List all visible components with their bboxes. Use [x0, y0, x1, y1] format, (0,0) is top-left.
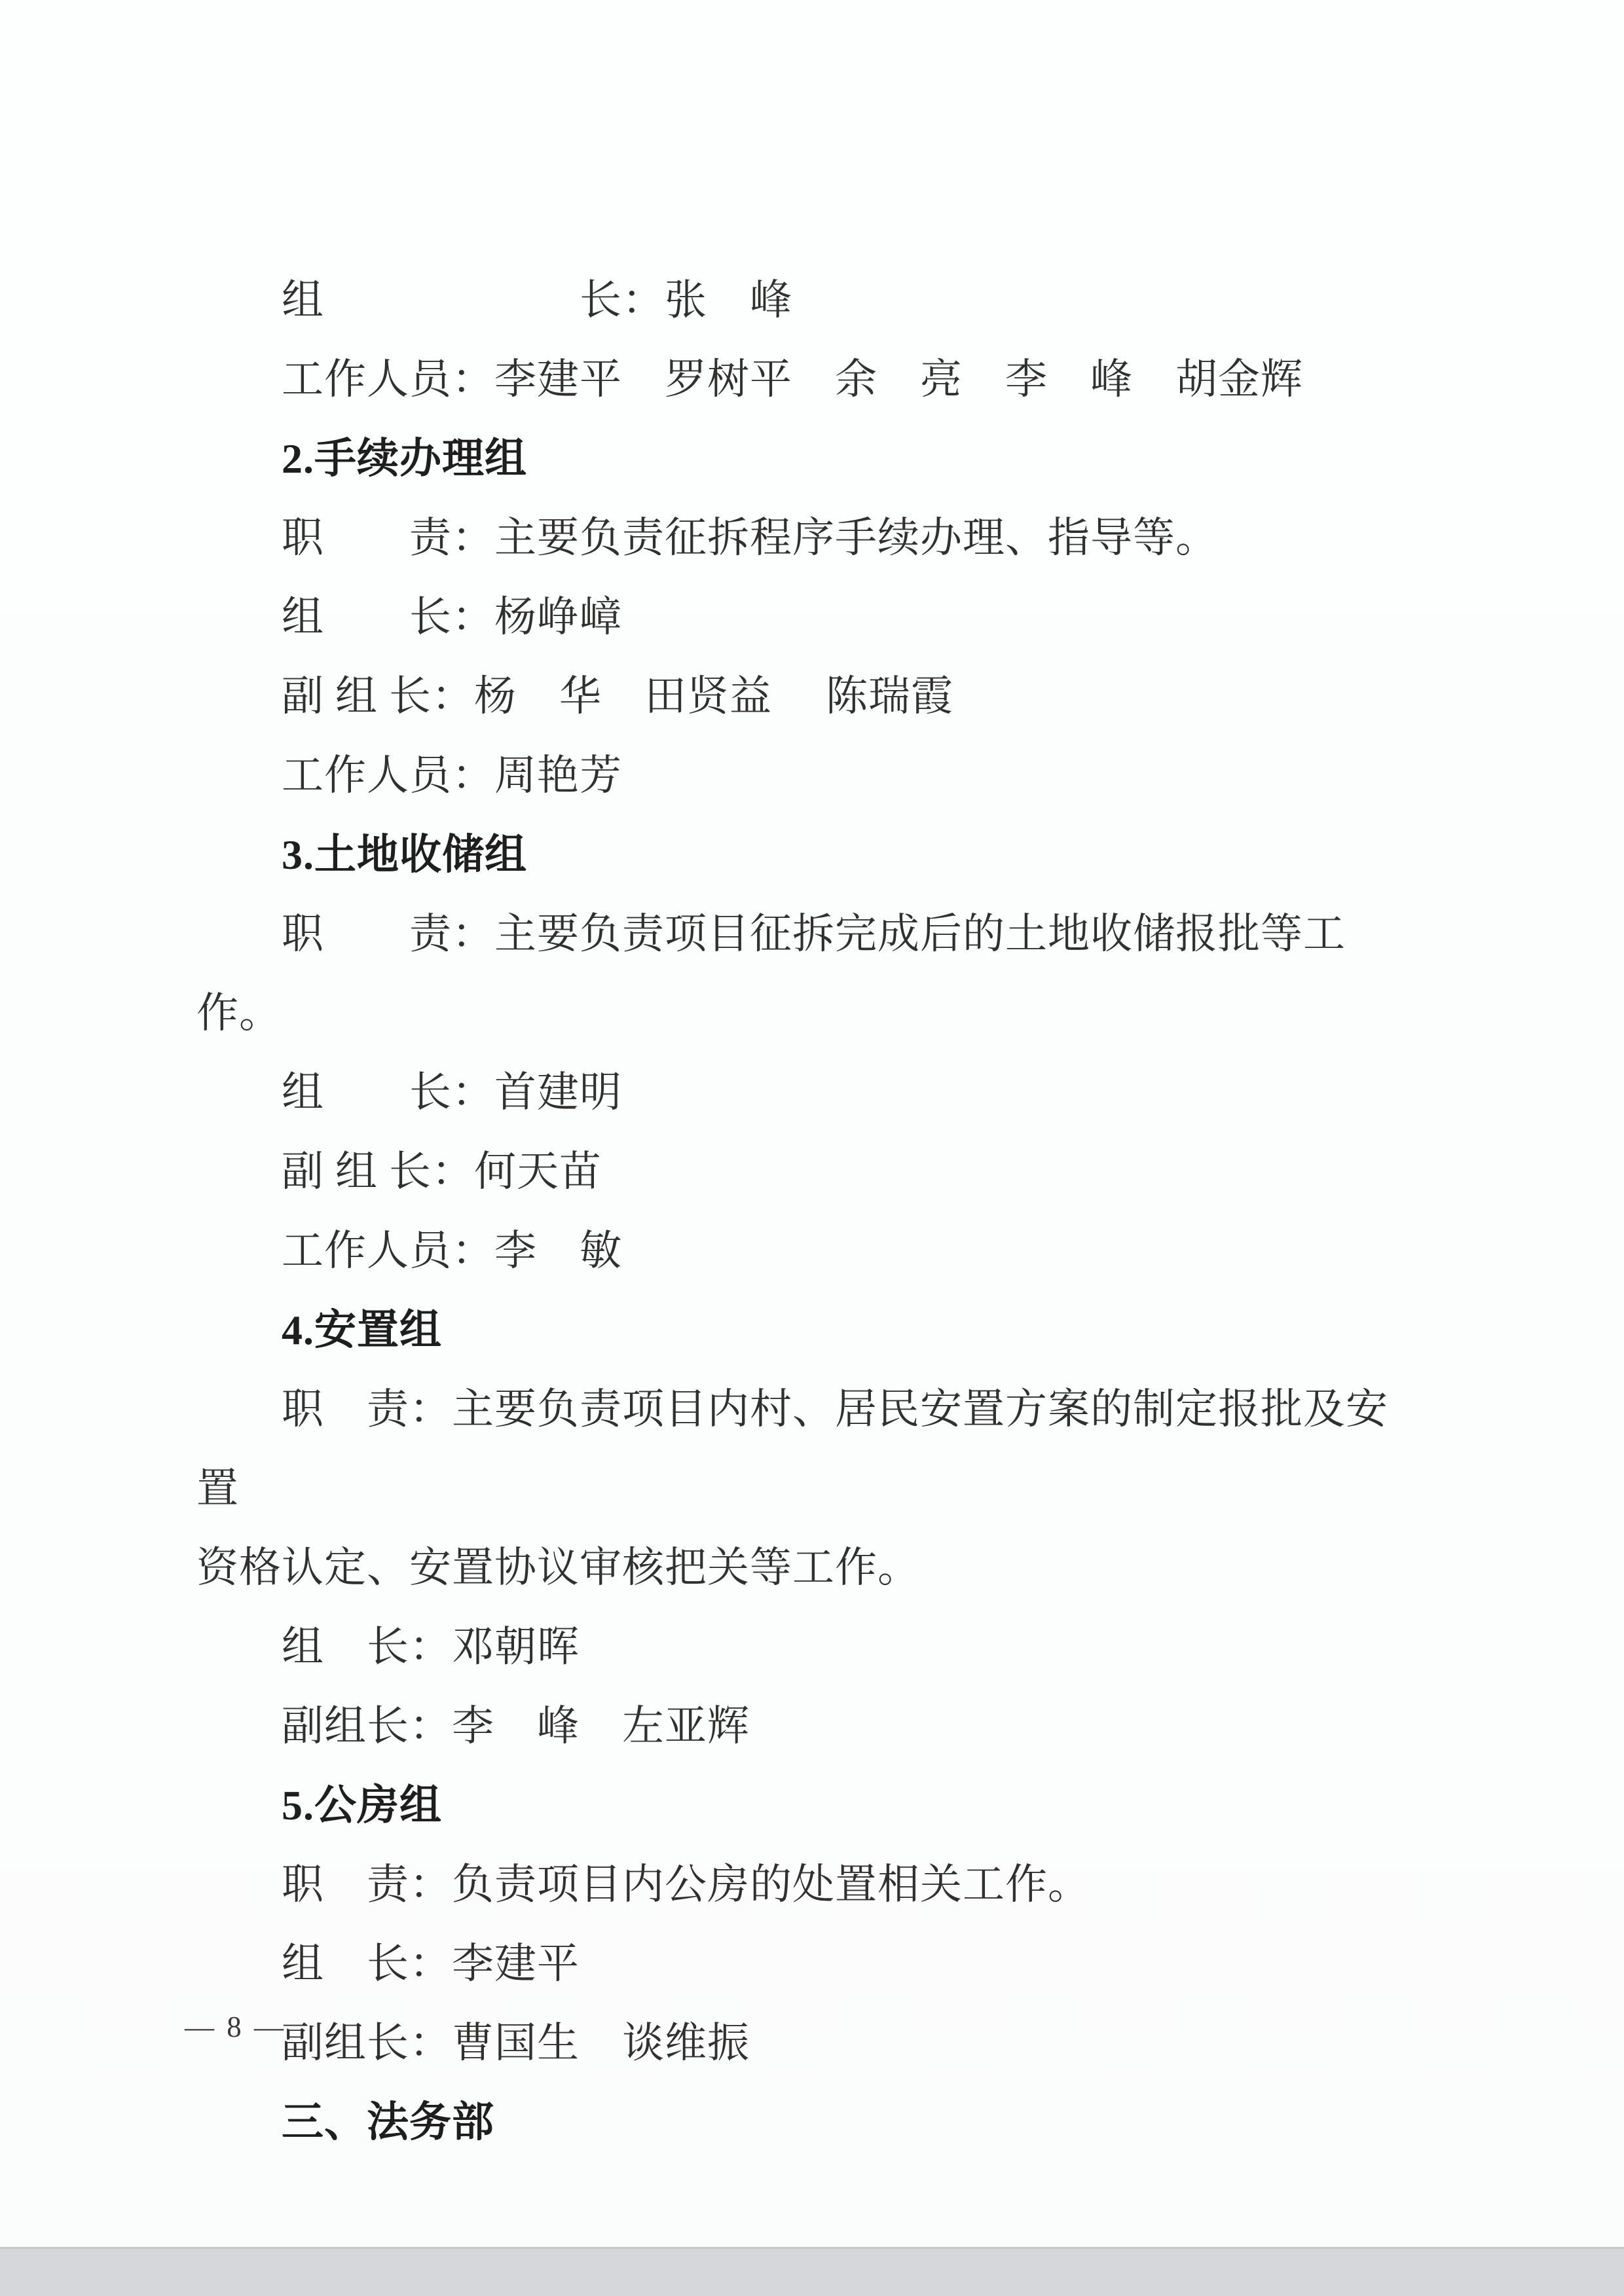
line-group4-duty-wrap: 资格认定、安置协议审核把关等工作。	[196, 1528, 1428, 1607]
heading-group5: 5.公房组	[196, 1766, 1428, 1845]
line-group5-duty: 职 责：负责项目内公房的处置相关工作。	[196, 1845, 1428, 1924]
line-group4-leader: 组 长：邓朝晖	[196, 1607, 1428, 1686]
line-group3-leader: 组 长：首建明	[196, 1053, 1428, 1132]
line-group1-staff: 工作人员：李建平 罗树平 余 亮 李 峰 胡金辉	[196, 340, 1428, 419]
heading-legal-dept: 三、法务部	[196, 2083, 1428, 2162]
document-body: 组 长：张 峰 工作人员：李建平 罗树平 余 亮 李 峰 胡金辉 2.手续办理组…	[196, 261, 1428, 2162]
line-group5-leader: 组 长：李建平	[196, 1924, 1428, 2003]
line-group3-duty: 职 责：主要负责项目征拆完成后的土地收储报批等工作。	[196, 894, 1428, 1053]
page-number: — 8 —	[185, 2010, 286, 2044]
line-group2-duty: 职 责：主要负责征拆程序手续办理、指导等。	[196, 498, 1428, 577]
line-group3-staff: 工作人员：李 敏	[196, 1211, 1428, 1290]
scanner-edge-shadow	[0, 2247, 1624, 2296]
line-group4-deputy: 副组长：李 峰 左亚辉	[196, 1686, 1428, 1766]
line-group2-deputy: 副 组 长：杨 华 田贤益 陈瑞霞	[196, 657, 1428, 736]
scanned-document-page: 组 长：张 峰 工作人员：李建平 罗树平 余 亮 李 峰 胡金辉 2.手续办理组…	[0, 0, 1624, 2296]
line-group4-duty: 职 责：主要负责项目内村、居民安置方案的制定报批及安置	[196, 1370, 1428, 1528]
line-group3-deputy: 副 组 长：何天苗	[196, 1132, 1428, 1211]
heading-group4: 4.安置组	[196, 1290, 1428, 1370]
line-group2-staff: 工作人员：周艳芳	[196, 736, 1428, 815]
heading-group3: 3.土地收储组	[196, 815, 1428, 894]
line-group5-deputy: 副组长：曹国生 谈维振	[196, 2003, 1428, 2083]
line-group2-leader: 组 长：杨峥嶂	[196, 577, 1428, 657]
line-group1-leader: 组 长：张 峰	[196, 261, 1428, 340]
heading-group2: 2.手续办理组	[196, 419, 1428, 498]
